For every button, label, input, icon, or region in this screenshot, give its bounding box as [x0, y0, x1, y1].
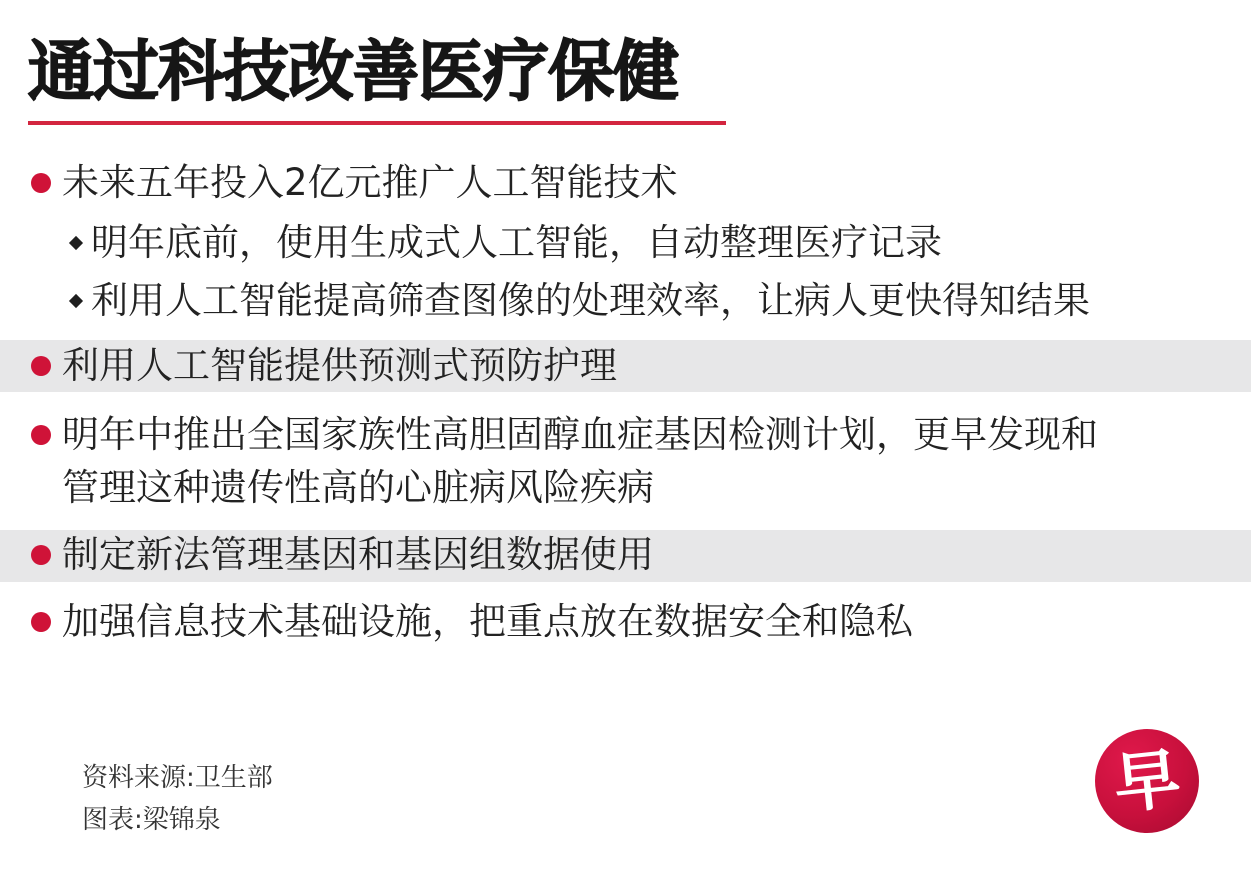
logo-glyph: 早 — [1111, 745, 1184, 818]
list-item-text-continued: 管理这种遗传性高的心脏病风险疾病 — [62, 461, 654, 515]
page-title: 通过科技改善医疗保健 — [28, 32, 678, 112]
list-item-text: 未来五年投入2亿元推广人工智能技术 — [62, 156, 678, 210]
source-credit: 资料来源:卫生部 — [82, 760, 273, 796]
list-item-text: 利用人工智能提供预测式预防护理 — [62, 339, 617, 393]
list-item-text: 明年中推出全国家族性高胆固醇血症基因检测计划，更早发现和 — [62, 408, 1098, 462]
zaobao-logo-icon: 早 — [1095, 729, 1199, 833]
sub-item-text: 明年底前，使用生成式人工智能，自动整理医疗记录 — [91, 216, 942, 270]
sub-item-text: 利用人工智能提高筛查图像的处理效率，让病人更快得知结果 — [91, 274, 1090, 328]
bullet-dot-icon — [31, 356, 51, 376]
list-item-text: 制定新法管理基因和基因组数据使用 — [62, 528, 654, 582]
bullet-dot-icon — [31, 612, 51, 632]
bullet-dot-icon — [31, 545, 51, 565]
diamond-bullet-icon — [69, 236, 83, 250]
bullet-dot-icon — [31, 173, 51, 193]
list-item-text: 加强信息技术基础设施，把重点放在数据安全和隐私 — [62, 595, 913, 649]
bullet-dot-icon — [31, 425, 51, 445]
diamond-bullet-icon — [69, 294, 83, 308]
title-underline — [28, 121, 726, 125]
graphic-credit: 图表:梁锦泉 — [82, 802, 221, 838]
